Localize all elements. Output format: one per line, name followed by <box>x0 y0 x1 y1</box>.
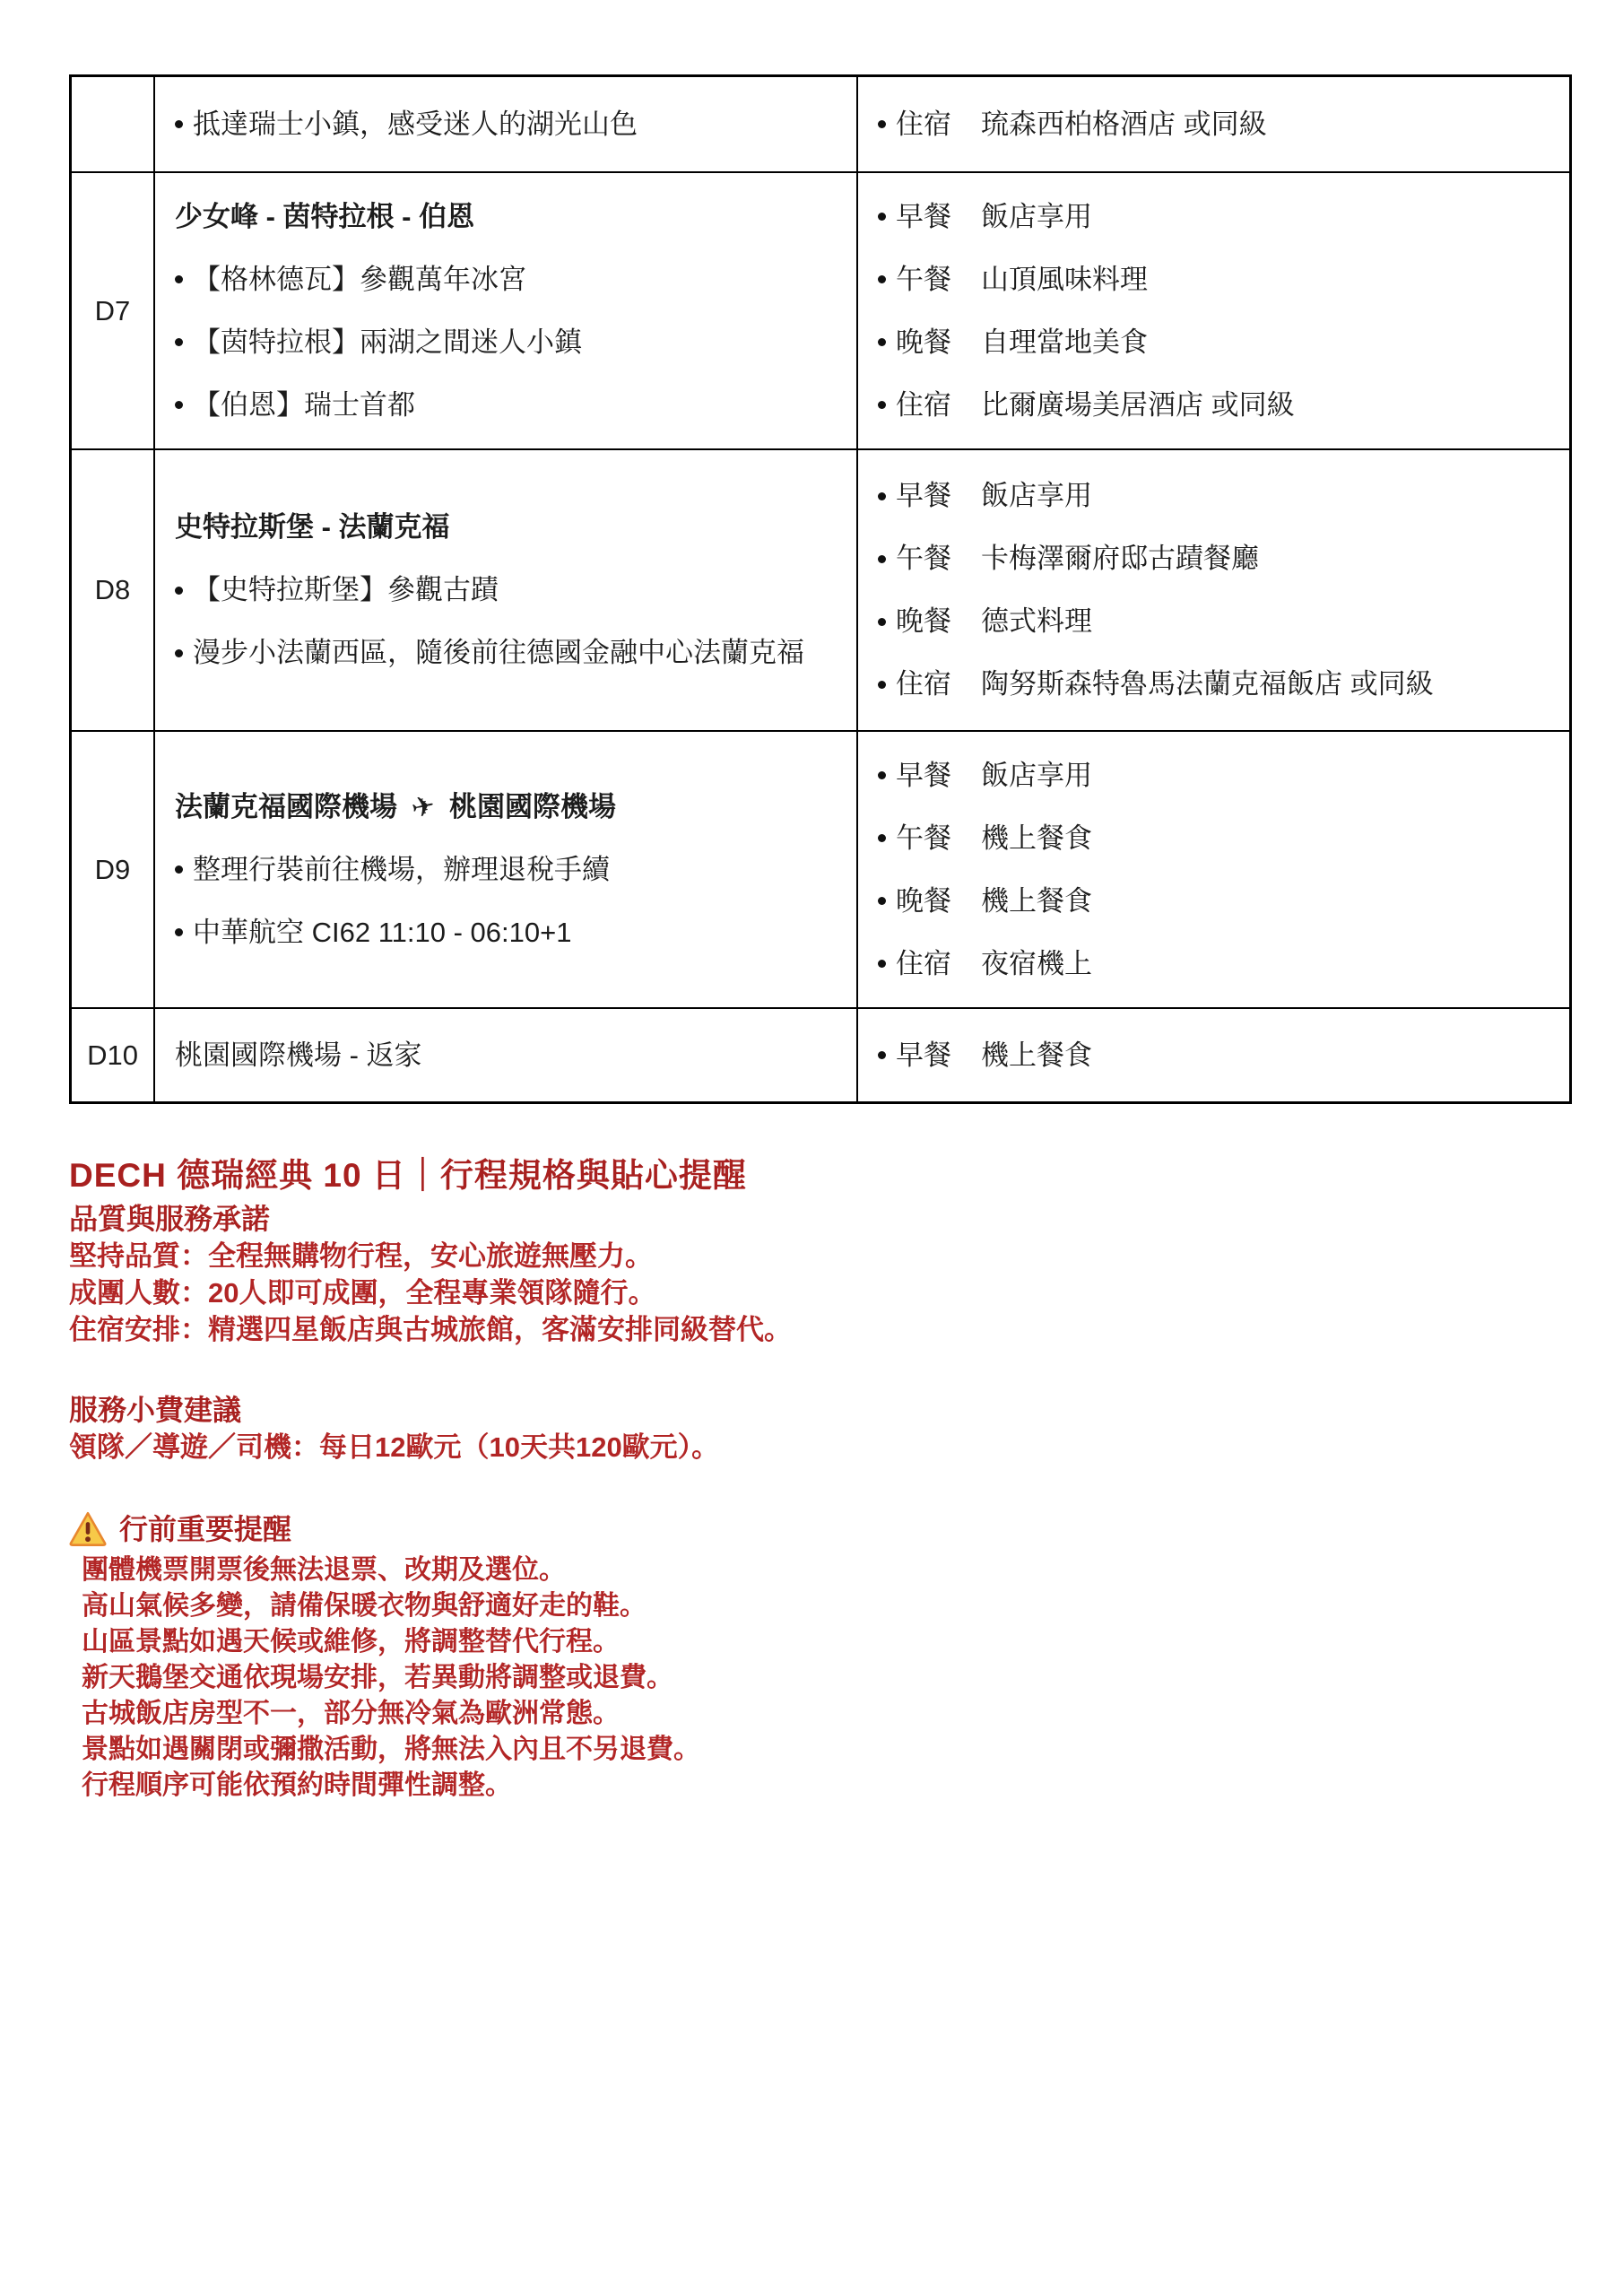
meal-value: 陶努斯森特魯馬法蘭克福飯店 或同級 <box>981 666 1434 702</box>
meal-label: 住宿 <box>896 107 981 143</box>
bullet-dot-icon <box>878 338 886 346</box>
bullet-dot-icon <box>878 618 886 626</box>
meal-value: 山頂風味料理 <box>981 262 1148 298</box>
meal-item: 早餐飯店享用 <box>878 199 1553 235</box>
meal-item: 晚餐機上餐食 <box>878 883 1553 919</box>
meal-item: 午餐山頂風味料理 <box>878 262 1553 298</box>
bullet-text: 抵達瑞士小鎮，感受迷人的湖光山色 <box>193 107 638 143</box>
day-label: D7 <box>95 293 131 329</box>
bullet-dot-icon <box>878 492 886 500</box>
note-line: 住宿安排：精選四星飯店與古城旅館，客滿安排同級替代。 <box>69 1311 1558 1348</box>
meal-label: 午餐 <box>896 541 981 577</box>
warning-icon <box>69 1510 107 1548</box>
meal-value: 比爾廣場美居酒店 或同級 <box>981 387 1295 423</box>
meal-label: 住宿 <box>896 946 981 982</box>
row-title: 史特拉斯堡 - 法蘭克福 <box>175 509 840 545</box>
table-row: 抵達瑞士小鎮，感受迷人的湖光山色住宿琉森西柏格酒店 或同級 <box>72 77 1569 171</box>
meal-item: 住宿夜宿機上 <box>878 946 1553 982</box>
meal-value: 飯店享用 <box>981 758 1092 794</box>
quality-lines: 堅持品質：全程無購物行程，安心旅遊無壓力。成團人數：20人即可成團，全程專業領隊… <box>69 1238 1558 1348</box>
meal-label: 晚餐 <box>896 604 981 639</box>
desc-cell: 法蘭克福國際機場✈桃園國際機場整理行裝前往機場，辦理退稅手續中華航空 CI62 … <box>153 732 856 1007</box>
bullet-text: 【茵特拉根】兩湖之間迷人小鎮 <box>193 325 582 361</box>
meal-value: 夜宿機上 <box>981 946 1092 982</box>
meal-label: 晚餐 <box>896 325 981 361</box>
meal-item: 住宿比爾廣場美居酒店 或同級 <box>878 387 1553 423</box>
meal-value: 德式料理 <box>981 604 1092 639</box>
tips-block: 服務小費建議 領隊／導遊／司機：每日12歐元（10天共120歐元）。 <box>69 1391 1558 1465</box>
bullet-dot-icon <box>878 681 886 689</box>
meal-item: 午餐卡梅澤爾府邸古蹟餐廳 <box>878 541 1553 577</box>
desc-bullet: 【茵特拉根】兩湖之間迷人小鎮 <box>175 325 840 361</box>
plane-icon: ✈ <box>408 787 438 827</box>
day-cell: D8 <box>72 450 153 730</box>
meal-item: 晚餐德式料理 <box>878 604 1553 639</box>
day-label: D8 <box>95 572 131 608</box>
meal-label: 住宿 <box>896 666 981 702</box>
bullet-dot-icon <box>878 401 886 409</box>
note-line: 行程順序可能依預約時間彈性調整。 <box>82 1768 1558 1804</box>
bullet-dot-icon <box>878 213 886 221</box>
desc-bullet: 【伯恩】瑞士首都 <box>175 387 840 423</box>
bullet-dot-icon <box>175 275 183 283</box>
bullet-text: 漫步小法蘭西區，隨後前往德國金融中心法蘭克福 <box>193 635 804 671</box>
bullet-dot-icon <box>175 587 183 595</box>
bullet-dot-icon <box>878 897 886 905</box>
day-label: D10 <box>87 1038 138 1074</box>
meal-item: 晚餐自理當地美食 <box>878 325 1553 361</box>
day-cell: D10 <box>72 1009 153 1101</box>
table-row: D9法蘭克福國際機場✈桃園國際機場整理行裝前往機場，辦理退稅手續中華航空 CI6… <box>72 730 1569 1007</box>
desc-bullet: 整理行裝前往機場，辦理退稅手續 <box>175 852 840 888</box>
meal-label: 晚餐 <box>896 883 981 919</box>
meal-value: 飯店享用 <box>981 199 1092 235</box>
bullet-text: 整理行裝前往機場，辦理退稅手續 <box>193 852 610 888</box>
meals-cell: 住宿琉森西柏格酒店 或同級 <box>856 77 1569 171</box>
meal-item: 住宿陶努斯森特魯馬法蘭克福飯店 或同級 <box>878 666 1553 702</box>
tips-heading: 服務小費建議 <box>69 1391 1558 1429</box>
desc-cell: 抵達瑞士小鎮，感受迷人的湖光山色 <box>153 77 856 171</box>
bullet-dot-icon <box>878 275 886 283</box>
tips-lines: 領隊／導遊／司機：每日12歐元（10天共120歐元）。 <box>69 1429 1558 1465</box>
note-line: 古城飯店房型不一，部分無冷氣為歐洲常態。 <box>82 1696 1558 1732</box>
meal-label: 午餐 <box>896 262 981 298</box>
meal-value: 卡梅澤爾府邸古蹟餐廳 <box>981 541 1259 577</box>
table-row: D7少女峰 - 茵特拉根 - 伯恩【格林德瓦】參觀萬年冰宮【茵特拉根】兩湖之間迷… <box>72 171 1569 448</box>
row-title: 法蘭克福國際機場✈桃園國際機場 <box>175 789 840 825</box>
note-line: 堅持品質：全程無購物行程，安心旅遊無壓力。 <box>69 1238 1558 1274</box>
meal-label: 午餐 <box>896 821 981 857</box>
row-title: 少女峰 - 茵特拉根 - 伯恩 <box>175 199 840 235</box>
desc-bullet: 中華航空 CI62 11:10 - 06:10+1 <box>175 915 840 951</box>
note-line: 領隊／導遊／司機：每日12歐元（10天共120歐元）。 <box>69 1429 1558 1465</box>
bullet-text: 【格林德瓦】參觀萬年冰宮 <box>193 262 526 298</box>
section-main-heading: DECH 德瑞經典 10 日｜行程規格與貼心提醒 <box>69 1155 1558 1196</box>
bullet-dot-icon <box>878 834 886 842</box>
meals-cell: 早餐飯店享用午餐機上餐食晚餐機上餐食住宿夜宿機上 <box>856 732 1569 1007</box>
bullet-dot-icon <box>175 338 183 346</box>
meal-item: 早餐飯店享用 <box>878 758 1553 794</box>
desc-bullet: 漫步小法蘭西區，隨後前往德國金融中心法蘭克福 <box>175 635 840 671</box>
desc-cell: 少女峰 - 茵特拉根 - 伯恩【格林德瓦】參觀萬年冰宮【茵特拉根】兩湖之間迷人小… <box>153 173 856 448</box>
bullet-dot-icon <box>878 555 886 563</box>
bullet-dot-icon <box>878 120 886 128</box>
note-line: 成團人數：20人即可成團，全程專業領隊隨行。 <box>69 1274 1558 1311</box>
reminders-heading: 行前重要提醒 <box>119 1510 291 1548</box>
desc-cell: 桃園國際機場 - 返家 <box>153 1009 856 1101</box>
bullet-dot-icon <box>878 771 886 779</box>
reminders-lines: 團體機票開票後無法退票、改期及選位。高山氣候多變，請備保暖衣物與舒適好走的鞋。山… <box>69 1552 1558 1804</box>
meal-item: 早餐機上餐食 <box>878 1038 1553 1074</box>
meal-value: 機上餐食 <box>981 883 1092 919</box>
meals-cell: 早餐機上餐食 <box>856 1009 1569 1101</box>
title-prefix: 法蘭克福國際機場 <box>175 791 397 822</box>
itinerary-table: 抵達瑞士小鎮，感受迷人的湖光山色住宿琉森西柏格酒店 或同級D7少女峰 - 茵特拉… <box>69 74 1572 1104</box>
bullet-dot-icon <box>175 928 183 936</box>
trip-notes-section: DECH 德瑞經典 10 日｜行程規格與貼心提醒 品質與服務承諾 堅持品質：全程… <box>69 1155 1558 1804</box>
bullet-dot-icon <box>878 1051 886 1059</box>
bullet-dot-icon <box>175 120 183 128</box>
meal-value: 飯店享用 <box>981 478 1092 514</box>
meal-label: 早餐 <box>896 758 981 794</box>
meal-value: 機上餐食 <box>981 1038 1092 1074</box>
bullet-dot-icon <box>175 649 183 657</box>
meal-label: 早餐 <box>896 1038 981 1074</box>
bullet-dot-icon <box>878 960 886 968</box>
note-line: 高山氣候多變，請備保暖衣物與舒適好走的鞋。 <box>82 1588 1558 1624</box>
meal-label: 早餐 <box>896 478 981 514</box>
meal-value: 琉森西柏格酒店 或同級 <box>981 107 1267 143</box>
meal-value: 機上餐食 <box>981 821 1092 857</box>
note-line: 山區景點如遇天候或維修，將調整替代行程。 <box>82 1624 1558 1660</box>
table-row: D8史特拉斯堡 - 法蘭克福【史特拉斯堡】參觀古蹟漫步小法蘭西區，隨後前往德國金… <box>72 448 1569 730</box>
meals-cell: 早餐飯店享用午餐卡梅澤爾府邸古蹟餐廳晚餐德式料理住宿陶努斯森特魯馬法蘭克福飯店 … <box>856 450 1569 730</box>
meal-item: 早餐飯店享用 <box>878 478 1553 514</box>
day-label: D9 <box>95 852 131 888</box>
table-row: D10桃園國際機場 - 返家早餐機上餐食 <box>72 1007 1569 1101</box>
title-suffix: 桃園國際機場 <box>449 791 616 822</box>
bullet-text: 【伯恩】瑞士首都 <box>193 387 415 423</box>
day-cell: D7 <box>72 173 153 448</box>
day-cell: D9 <box>72 732 153 1007</box>
bullet-dot-icon <box>175 401 183 409</box>
bullet-dot-icon <box>175 865 183 874</box>
meals-cell: 早餐飯店享用午餐山頂風味料理晚餐自理當地美食住宿比爾廣場美居酒店 或同級 <box>856 173 1569 448</box>
meal-item: 午餐機上餐食 <box>878 821 1553 857</box>
row-title-plain: 桃園國際機場 - 返家 <box>175 1038 840 1074</box>
meal-label: 住宿 <box>896 387 981 423</box>
reminders-heading-row: 行前重要提醒 <box>69 1510 1558 1548</box>
desc-bullet: 【格林德瓦】參觀萬年冰宮 <box>175 262 840 298</box>
quality-heading: 品質與服務承諾 <box>69 1200 1558 1238</box>
desc-bullet: 抵達瑞士小鎮，感受迷人的湖光山色 <box>175 107 840 143</box>
quality-block: 品質與服務承諾 堅持品質：全程無購物行程，安心旅遊無壓力。成團人數：20人即可成… <box>69 1200 1558 1348</box>
meal-item: 住宿琉森西柏格酒店 或同級 <box>878 107 1553 143</box>
day-cell <box>72 77 153 171</box>
note-line: 景點如遇關閉或彌撒活動，將無法入內且不另退費。 <box>82 1732 1558 1768</box>
meal-label: 早餐 <box>896 199 981 235</box>
note-line: 團體機票開票後無法退票、改期及選位。 <box>82 1552 1558 1588</box>
desc-cell: 史特拉斯堡 - 法蘭克福【史特拉斯堡】參觀古蹟漫步小法蘭西區，隨後前往德國金融中… <box>153 450 856 730</box>
bullet-text: 中華航空 CI62 11:10 - 06:10+1 <box>193 915 571 951</box>
desc-bullet: 【史特拉斯堡】參觀古蹟 <box>175 572 840 608</box>
note-line: 新天鵝堡交通依現場安排，若異動將調整或退費。 <box>82 1660 1558 1696</box>
bullet-text: 【史特拉斯堡】參觀古蹟 <box>193 572 499 608</box>
meal-value: 自理當地美食 <box>981 325 1148 361</box>
